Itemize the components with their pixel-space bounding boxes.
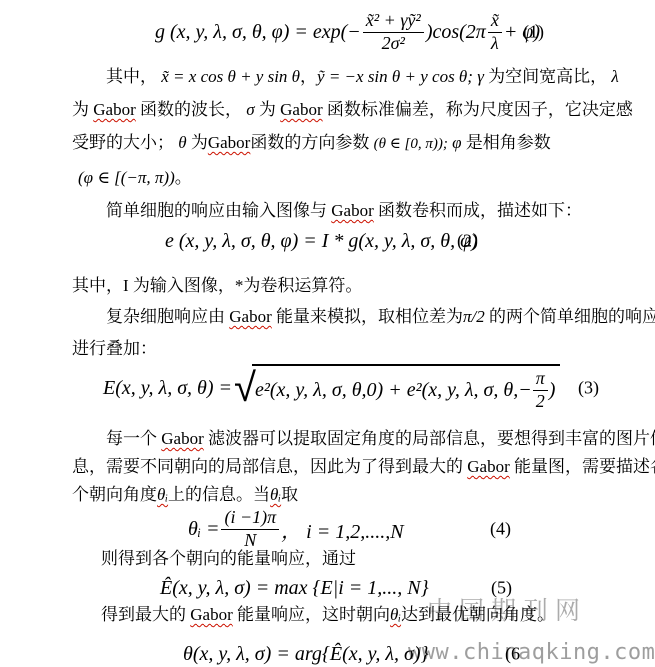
text-segment: 的两个简单细胞的响应 (485, 307, 655, 326)
text-segment: 能量图，需要描述各 (510, 457, 655, 476)
text-segment: 进行叠加： (72, 339, 157, 358)
text-segment: Gabor (190, 605, 232, 624)
text-segment: Gabor (229, 307, 271, 326)
text-segment: (φ ∈ [(−π, π)) (78, 168, 175, 187)
eq1-fraction-1: x̃² + γỹ² 2σ² (363, 11, 424, 54)
text-line: 则得到各个朝向的能量响应，通过 (101, 548, 356, 570)
text-segment: (θ ∈ [0, π)); (374, 136, 448, 152)
text-segment: σ (246, 100, 254, 119)
equation-number: (5) (491, 578, 512, 599)
eq6-body: θ(x, y, λ, σ) = arg{Ê(x, y, λ, σ)} (183, 643, 429, 666)
eq2-body: e (x, y, λ, σ, θ, φ) = I * g(x, y, λ, σ,… (165, 230, 478, 253)
eq3-fraction: π 2 (533, 369, 548, 412)
text-segment: Gabor (208, 133, 250, 152)
text-segment: 得到最大的 (101, 605, 190, 624)
text-line: 为 Gabor 函数的波长， σ 为 Gabor 函数标准偏差，称为尺度因子，它… (72, 99, 633, 121)
text-line: 进行叠加： (72, 338, 157, 360)
equation-5: Ê(x, y, λ, σ) = max {E|i = 1,..., N} (5) (160, 575, 431, 601)
equation-number: (4) (490, 519, 511, 540)
equation-4: θᵢ = (i −1)π N ， i = 1,2,....,N (4) (188, 509, 406, 549)
eq3-lhs: E(x, y, λ, σ, θ) = (103, 377, 232, 400)
eq4-numerator: (i −1)π (221, 508, 279, 530)
text-segment: 函数标准偏差，称为尺度因子，它决定感 (323, 100, 633, 119)
text-segment: 为 (187, 133, 208, 152)
text-segment: 受野的大小； (72, 133, 178, 152)
equation-3: E(x, y, λ, σ, θ) = √ e²(x, y, λ, σ, θ,0)… (103, 364, 562, 412)
text-segment: θᵢ (390, 605, 401, 624)
text-segment: 能量响应，这时朝向 (233, 605, 390, 624)
text-segment: Gabor (93, 100, 135, 119)
text-segment: Gabor (331, 201, 373, 220)
text-line: 每一个 Gabor 滤波器可以提取固定角度的局部信息，要想得到丰富的图片信 (106, 428, 655, 450)
text-segment: ỹ = −x sin θ + y cos θ; γ (317, 67, 484, 86)
eq1-mid: )cos(2π (426, 21, 486, 44)
text-segment: λ (611, 67, 618, 86)
equation-2: e (x, y, λ, σ, θ, φ) = I * g(x, y, λ, σ,… (165, 228, 480, 254)
text-line: 个朝向角度θᵢ上的信息。当θᵢ取 (72, 484, 298, 506)
eq3-denominator: 2 (533, 391, 548, 412)
text-segment: π/2 (463, 307, 485, 326)
eq1-numerator-2: x̃ (488, 11, 502, 33)
text-segment: Gabor (467, 457, 509, 476)
watermark-site-url: www.chinaqking.com (408, 640, 655, 665)
document-page: 中国期刊网 www.chinaqking.com g (x, y, λ, σ, … (0, 0, 655, 667)
eq4-fraction: (i −1)π N (221, 508, 279, 551)
text-line: 受野的大小； θ 为Gabor函数的方向参数 (θ ∈ [0, π)); φ 是… (72, 132, 551, 154)
text-segment: Gabor (280, 100, 322, 119)
text-segment: φ (452, 133, 461, 152)
equation-number: (6 (505, 644, 520, 665)
equation-number: (2) (457, 231, 478, 252)
text-segment: 简单细胞的响应由输入图像与 (106, 201, 331, 220)
square-root: √ e²(x, y, λ, σ, θ,0) + e²(x, y, λ, σ, θ… (234, 364, 560, 412)
text-segment: 上的信息。当 (168, 485, 270, 504)
text-segment: ， (300, 67, 317, 86)
eq3-radicand-close: ) (549, 379, 556, 402)
text-segment: 为 (255, 100, 281, 119)
equation-1: g (x, y, λ, σ, θ, φ) = exp(− x̃² + γỹ² 2… (155, 9, 542, 55)
text-segment: Gabor (161, 429, 203, 448)
eq4-lhs: θᵢ = (188, 518, 219, 541)
text-segment: 滤波器可以提取固定角度的局部信息，要想得到丰富的图片信 (204, 429, 655, 448)
text-segment: 函数卷积而成，描述如下： (374, 201, 582, 220)
text-segment: 为输入图像，*为卷积运算符。 (129, 276, 363, 295)
text-segment: 。 (175, 168, 192, 187)
text-segment: 其中， (106, 67, 161, 86)
text-line: 息，需要不同朝向的局部信息，因此为了得到最大的 Gabor 能量图，需要描述各 (72, 456, 655, 478)
eq1-denominator-1: 2σ² (363, 33, 424, 54)
text-segment: 是相角参数 (462, 133, 551, 152)
text-segment: x̃ = x cos θ + y sin θ (161, 67, 300, 86)
text-line: 其中，I 为输入图像，*为卷积运算符。 (72, 275, 362, 297)
text-segment: 能量来模拟，取相位差为 (272, 307, 463, 326)
text-segment: θ (178, 133, 186, 152)
text-segment: 函数的方向参数 (250, 133, 373, 152)
text-line: 简单细胞的响应由输入图像与 Gabor 函数卷积而成，描述如下： (106, 200, 582, 222)
text-segment: 息，需要不同朝向的局部信息，因此为了得到最大的 (72, 457, 467, 476)
equation-6: θ(x, y, λ, σ) = arg{Ê(x, y, λ, σ)} (6 (183, 641, 431, 667)
text-segment: θᵢ (157, 485, 168, 504)
text-segment: 为 (72, 100, 93, 119)
text-segment: 取 (281, 485, 298, 504)
eq1-denominator-2: λ (488, 33, 502, 54)
eq3-numerator: π (533, 369, 548, 391)
text-line: 其中， x̃ = x cos θ + y sin θ，ỹ = −x sin θ … (106, 66, 619, 88)
text-line: 复杂细胞响应由 Gabor 能量来模拟，取相位差为π/2 的两个简单细胞的响应 (106, 306, 655, 328)
eq4-tail: ， i = 1,2,....,N (281, 515, 403, 544)
text-segment: 复杂细胞响应由 (106, 307, 229, 326)
equation-number: (3) (578, 378, 599, 399)
eq1-fraction-2: x̃ λ (488, 11, 502, 54)
text-segment: 其中， (72, 276, 123, 295)
text-segment: 函数的波长， (136, 100, 247, 119)
text-segment: 每一个 (106, 429, 161, 448)
text-line: 得到最大的 Gabor 能量响应，这时朝向θᵢ达到最优朝向角度。 (101, 604, 554, 626)
eq3-radicand: e²(x, y, λ, σ, θ,0) + e²(x, y, λ, σ, θ,− (255, 379, 532, 402)
text-segment: 为空间宽高比， (484, 67, 612, 86)
text-segment: θᵢ (270, 485, 281, 504)
text-segment: 达到最优朝向角度。 (401, 605, 554, 624)
text-segment: 则得到各个朝向的能量响应，通过 (101, 549, 356, 568)
eq1-numerator-1: x̃² + γỹ² (363, 11, 424, 33)
text-line: (φ ∈ [(−π, π))。 (78, 167, 192, 189)
eq5-body: Ê(x, y, λ, σ) = max {E|i = 1,..., N} (160, 577, 429, 600)
eq1-lhs: g (x, y, λ, σ, θ, φ) = exp(− (155, 21, 361, 44)
equation-number: (1) (523, 22, 544, 43)
text-segment: 个朝向角度 (72, 485, 157, 504)
